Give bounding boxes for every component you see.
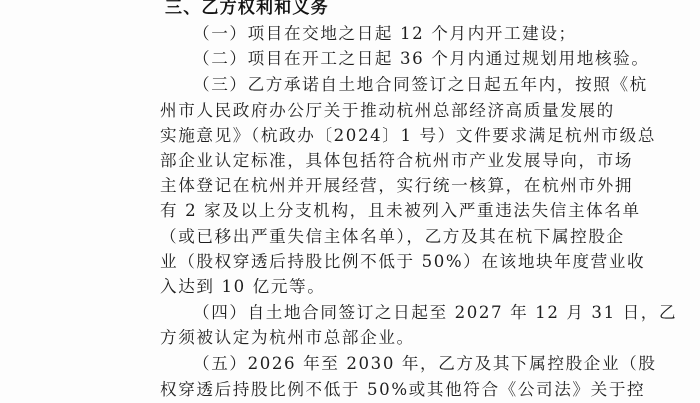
document-page: 三、乙方权利和义务 （一）项目在交地之日起 12 个月内开工建设； （二）项目在…	[0, 0, 700, 403]
section-heading: 三、乙方权利和义务	[165, 0, 329, 21]
clause-3-line-1: （三）乙方承诺自土地合同签订之日起五年内，按照《杭	[193, 72, 532, 97]
clause-3-line-3: 实施意见》（杭政办〔2024〕1 号）文件要求满足杭州市级总	[160, 123, 532, 148]
clause-3-line-7: （或已移出严重失信主体名单），乙方及其在杭下属控股企	[160, 224, 532, 249]
clause-1-line: （一）项目在交地之日起 12 个月内开工建设；	[193, 21, 532, 46]
clause-5-line-1: （五）2026 年至 2030 年，乙方及其下属控股企业（股	[193, 351, 532, 376]
clause-3-line-5: 主体登记在杭州并开展经营，实行统一核算，在杭州市外拥	[160, 173, 532, 198]
clause-4-line-2: 方须被认定为杭州市总部企业。	[160, 325, 532, 350]
clause-3-line-4: 部企业认定标准，具体包括符合杭州市产业发展导向，市场	[160, 148, 532, 173]
clause-3-line-8: 业（股权穿透后持股比例不低于 50%）在该地块年度营业收	[160, 249, 532, 274]
clause-3-line-6: 有 2 家及以上分支机构，且未被列入严重违法失信主体名单	[160, 198, 532, 223]
clause-5-line-2: 权穿透后持股比例不低于 50%或其他符合《公司法》关于控	[160, 377, 532, 402]
clause-4-line-1: （四）自土地合同签订之日起至 2027 年 12 月 31 日，乙	[193, 300, 532, 325]
clause-2-line: （二）项目在开工之日起 36 个月内通过规划用地核验。	[193, 46, 532, 71]
clause-3-line-9: 入达到 10 亿元等。	[160, 274, 532, 299]
clause-3-line-2: 州市人民政府办公厅关于推动杭州总部经济高质量发展的	[160, 98, 532, 123]
